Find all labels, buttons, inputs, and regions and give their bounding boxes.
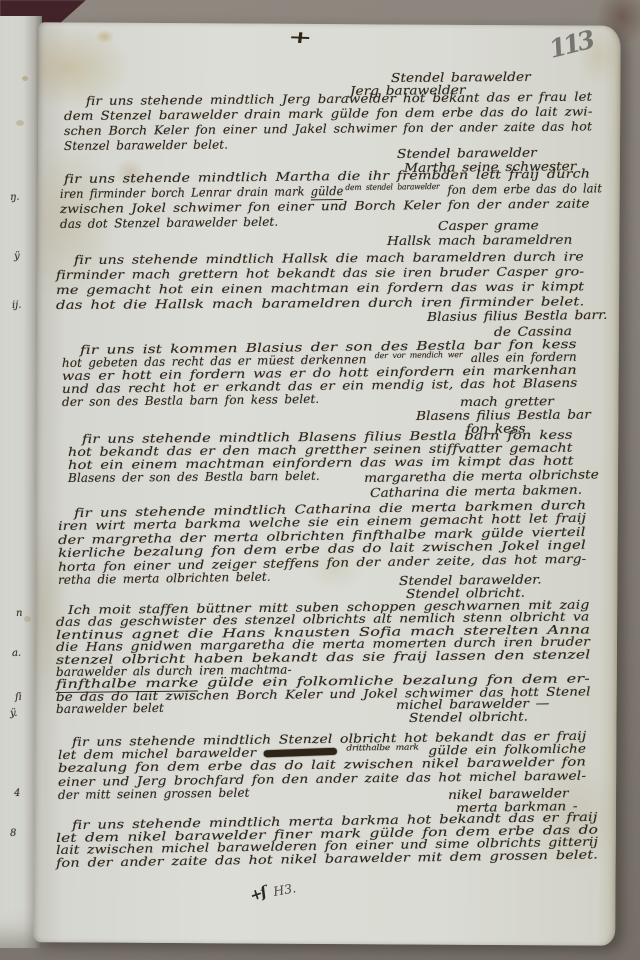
manuscript-body-line: retha die merta olbrichten belet. [58, 570, 271, 587]
entry-heading-line: Hallsk mach barameldren [387, 233, 572, 248]
manuscript-body-line: der son des Bestla barn fon kess belet. [62, 391, 319, 408]
photo-background: Stendel barawelderJerg barawelderfir uns… [0, 0, 640, 960]
bottom-annotation-scribble: +ſ [248, 883, 268, 905]
bottom-annotation: +ſ H3. [250, 884, 297, 903]
facing-page-text-fragment: n [16, 608, 23, 619]
bottom-annotation-label: H3. [272, 880, 297, 899]
entry-heading-line: Blasens filius Bestla bar [416, 407, 591, 423]
facing-page-text-fragment: ÿ. [10, 708, 18, 719]
entry-heading-line: mach gretter [460, 394, 554, 409]
ink-blot-strikethrough [263, 748, 336, 758]
manuscript-body-line: das dot Stenzel barawelder belet. [60, 215, 278, 231]
entry-heading-line: Casper grame [438, 218, 539, 233]
entry-heading-line: Stendel barawelder [397, 146, 537, 161]
facing-page-text-fragment: 8 [10, 828, 17, 839]
facing-page-text-fragment: ÿ [14, 251, 20, 262]
facing-page-text-fragment: 4 [14, 788, 21, 799]
facing-page-text-fragment: ŋ. [10, 192, 20, 203]
cross-mark: + [287, 28, 314, 49]
entry-heading-line: Blasius filius Bestla barr. [427, 308, 608, 324]
manuscript-text: Stendel barawelderJerg barawelderfir uns… [0, 0, 640, 960]
entry-heading-line: Stendel olbricht. [409, 710, 528, 725]
manuscript-body-line: barawelder belet [56, 701, 164, 716]
entry-heading-line: Catharina die merta bakmen. [370, 483, 582, 500]
manuscript-body-line: Blasens der son des Bestla barn belet. [68, 469, 320, 485]
facing-page-text-fragment: ſi [15, 692, 22, 703]
facing-page-text-fragment: a. [12, 648, 22, 659]
facing-page-text-fragment: ij. [12, 300, 22, 311]
manuscript-body-line: der mitt seinen grossen belet [58, 785, 250, 801]
manuscript-body-line: Stenzel barawelder belet. [64, 138, 228, 153]
